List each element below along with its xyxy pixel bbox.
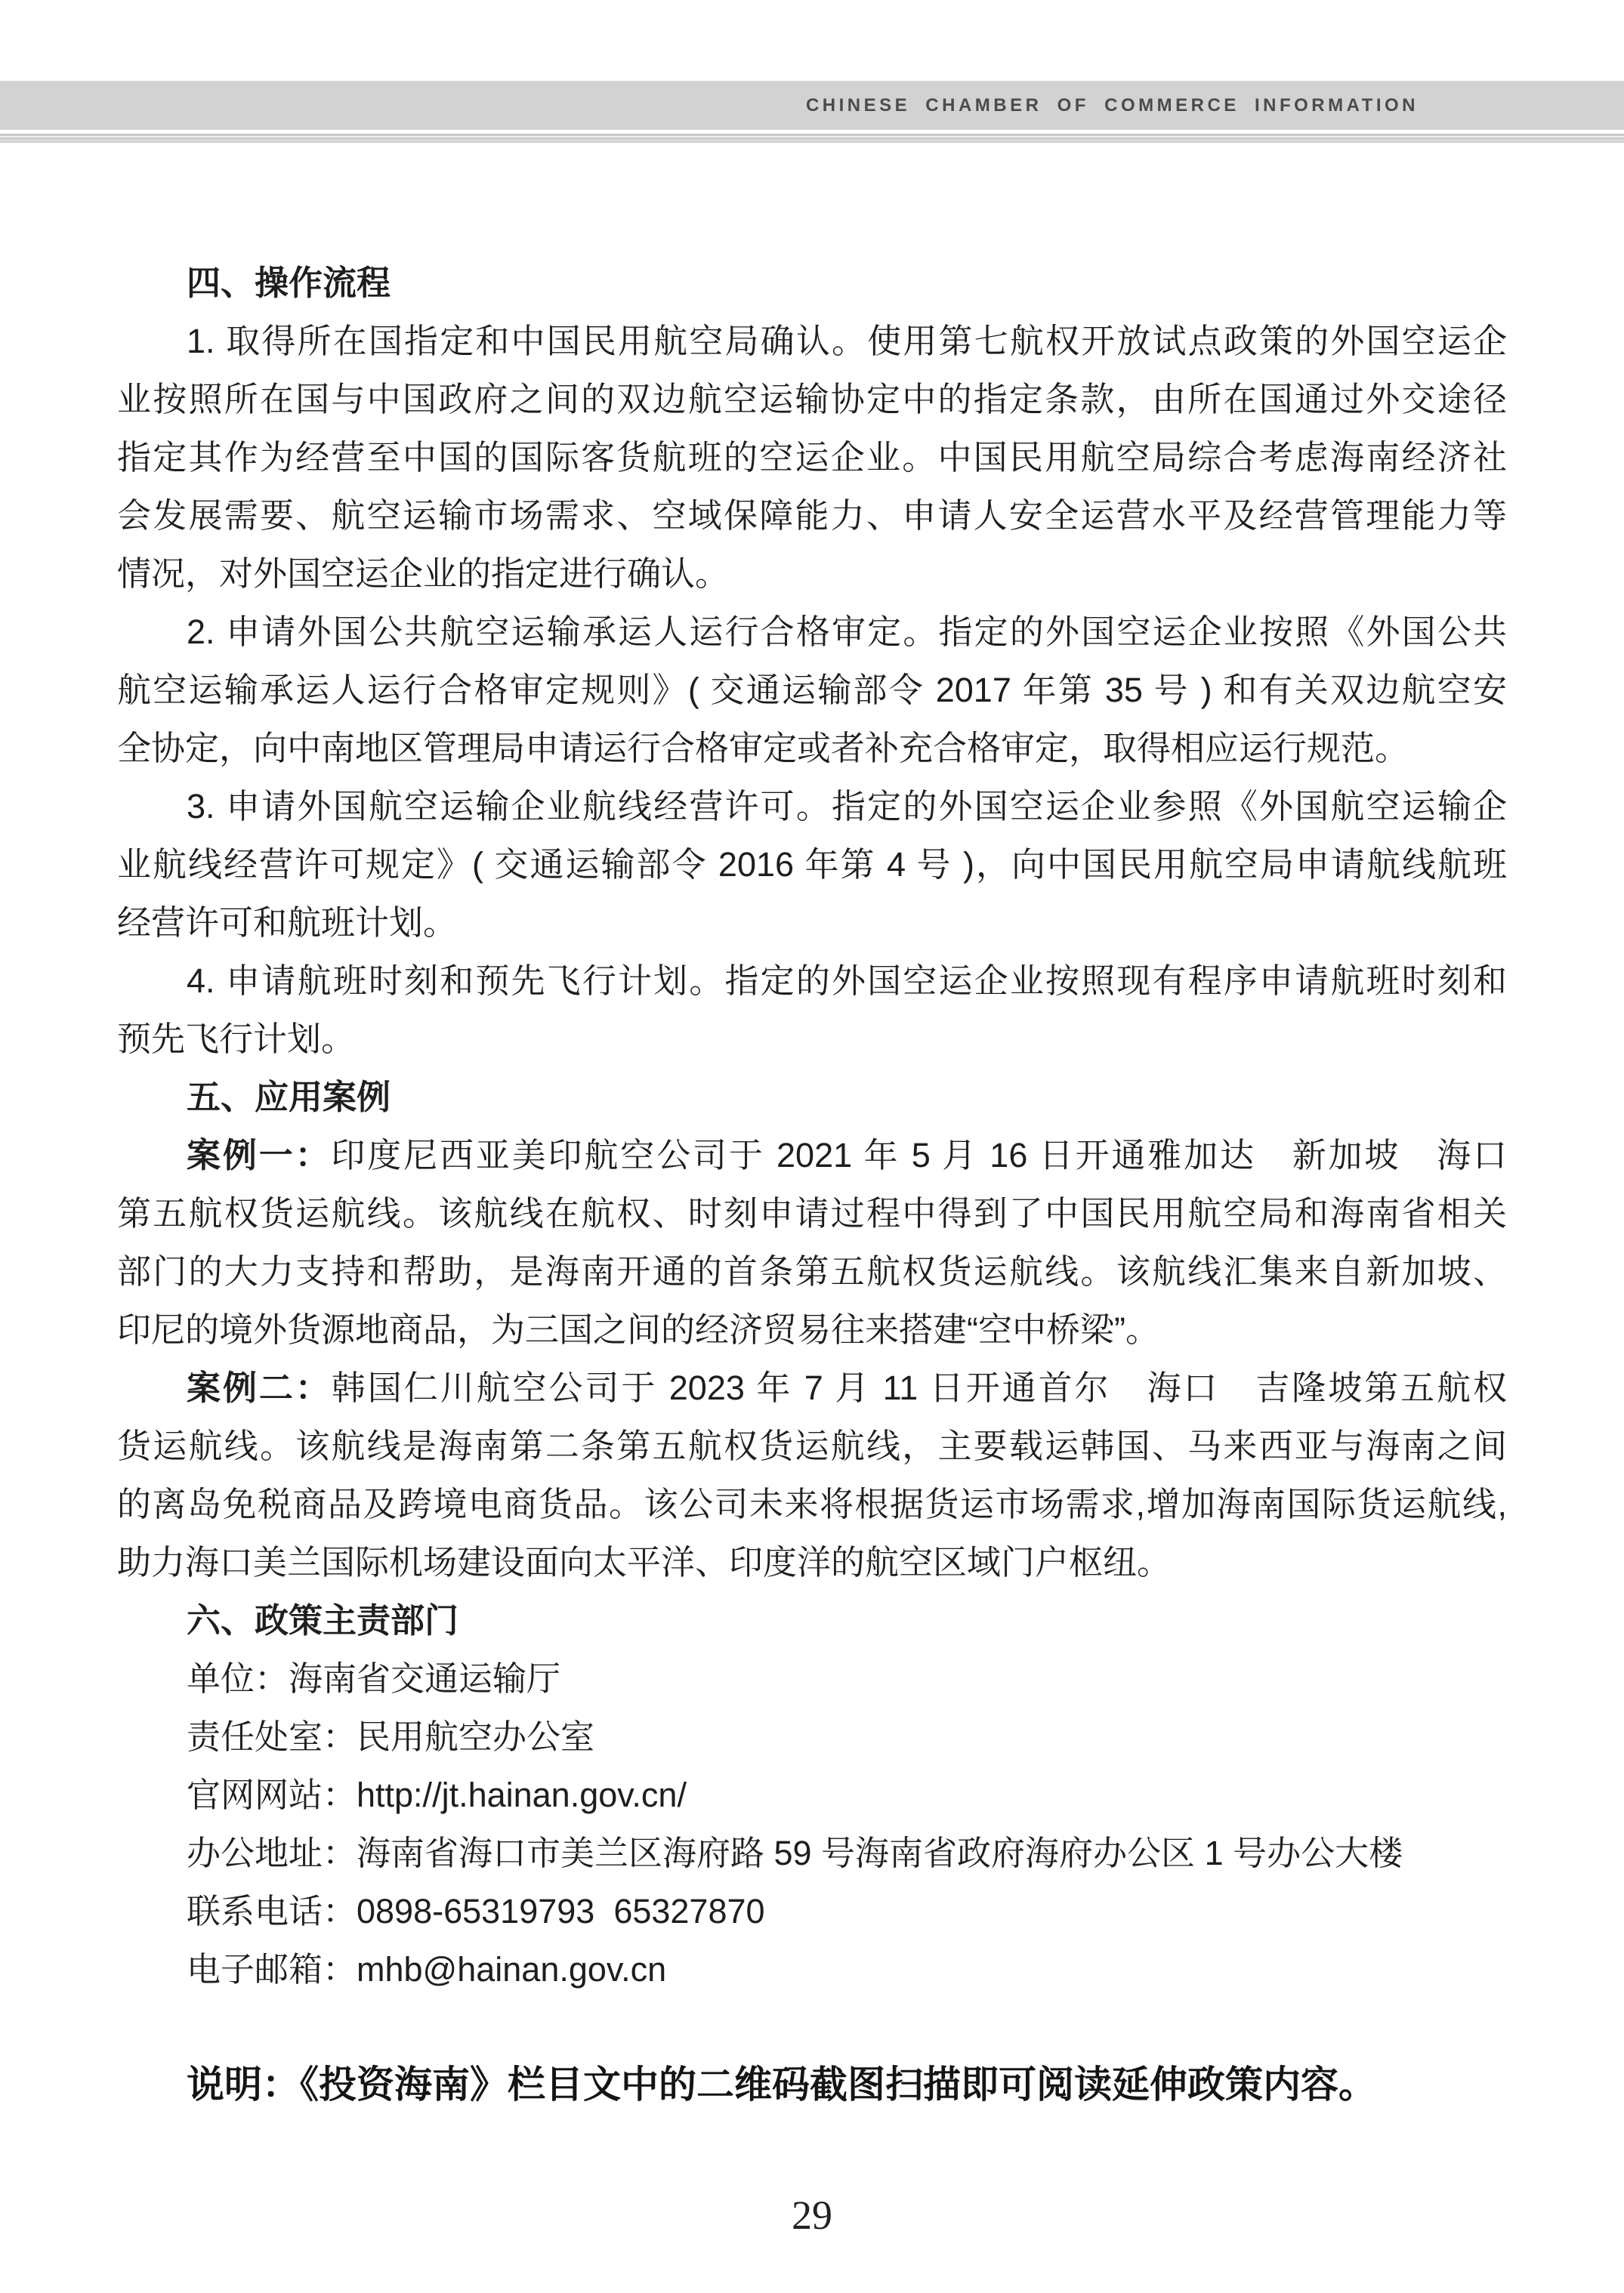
header-banner-text: CHINESE CHAMBER OF COMMERCE INFORMATION: [0, 81, 1624, 130]
text-line: 3. 申请外国航空运输企业航线经营许可。指定的外国空运企业参照《外国航空运输企: [117, 777, 1507, 835]
document-body: 四、操作流程 1. 取得所在国指定和中国民用航空局确认。使用第七航权开放试点政策…: [117, 254, 1507, 1998]
case1-label: 案例一：: [187, 1136, 331, 1174]
case2-text: 韩国仁川航空公司于 2023 年 7 月 11 日开通首尔 海口 吉隆坡第五航权: [332, 1369, 1507, 1407]
text-line: 部门的大力支持和帮助，是海南开通的首条第五航权货运航线。该航线汇集来自新加坡、: [117, 1242, 1507, 1301]
case2-label: 案例二：: [187, 1369, 332, 1407]
text-line: 2. 申请外国公共航空运输承运人运行合格审定。指定的外国空运企业按照《外国公共: [117, 603, 1507, 661]
text-line: 助力海口美兰国际机场建设面向太平洋、印度洋的航空区域门户枢纽。: [117, 1533, 1507, 1591]
text-line: 4. 申请航班时刻和预先飞行计划。指定的外国空运企业按照现有程序申请航班时刻和: [117, 952, 1507, 1010]
contact-line-unit: 单位：海南省交通运输厅: [117, 1650, 1507, 1708]
text-line: 案例二：韩国仁川航空公司于 2023 年 7 月 11 日开通首尔 海口 吉隆坡…: [117, 1359, 1507, 1417]
document-page: CHINESE CHAMBER OF COMMERCE INFORMATION …: [0, 0, 1624, 2293]
text-line: 1. 取得所在国指定和中国民用航空局确认。使用第七航权开放试点政策的外国空运企: [117, 312, 1507, 370]
section-heading-6: 六、政策主责部门: [117, 1591, 1507, 1650]
text-line: 指定其作为经营至中国的国际客货航班的空运企业。中国民用航空局综合考虑海南经济社: [117, 428, 1507, 486]
header-band: CHINESE CHAMBER OF COMMERCE INFORMATION: [0, 81, 1624, 130]
contact-line-website: 官网网站：http://jt.hainan.gov.cn/: [117, 1766, 1507, 1824]
text-line: 航空运输承运人运行合格审定规则》( 交通运输部令 2017 年第 35 号 ) …: [117, 661, 1507, 719]
section-heading-5: 五、应用案例: [117, 1068, 1507, 1126]
text-line: 印尼的境外货源地商品，为三国之间的经济贸易往来搭建“空中桥梁”。: [117, 1301, 1507, 1359]
text-line: 业航线经营许可规定》( 交通运输部令 2016 年第 4 号 )，向中国民用航空…: [117, 835, 1507, 893]
text-line: 会发展需要、航空运输市场需求、空域保障能力、申请人安全运营水平及经营管理能力等: [117, 486, 1507, 545]
text-line: 情况，对外国空运企业的指定进行确认。: [117, 545, 1507, 603]
page-number: 29: [0, 2192, 1624, 2239]
text-line: 全协定，向中南地区管理局申请运行合格审定或者补充合格审定，取得相应运行规范。: [117, 719, 1507, 777]
text-line: 经营许可和航班计划。: [117, 893, 1507, 952]
contact-line-phone: 联系电话：0898-65319793 65327870: [117, 1882, 1507, 1940]
case1-text: 印度尼西亚美印航空公司于 2021 年 5 月 16 日开通雅加达 新加坡 海口: [331, 1136, 1507, 1174]
text-line: 货运航线。该航线是海南第二条第五航权货运航线，主要载运韩国、马来西亚与海南之间: [117, 1417, 1507, 1475]
header-divider-rule: [0, 134, 1624, 143]
text-line: 第五航权货运航线。该航线在航权、时刻申请过程中得到了中国民用航空局和海南省相关: [117, 1184, 1507, 1242]
text-line: 预先飞行计划。: [117, 1010, 1507, 1068]
contact-line-address: 办公地址：海南省海口市美兰区海府路 59 号海南省政府海府办公区 1 号办公大楼: [117, 1824, 1507, 1882]
section-heading-4: 四、操作流程: [117, 254, 1507, 312]
note-line: 说明：《投资海南》栏目文中的二维码截图扫描即可阅读延伸政策内容。: [117, 2056, 1507, 2114]
text-line: 的离岛免税商品及跨境电商货品。该公司未来将根据货运市场需求,增加海南国际货运航线…: [117, 1475, 1507, 1533]
contact-line-email: 电子邮箱：mhb@hainan.gov.cn: [117, 1940, 1507, 1998]
contact-line-office: 责任处室：民用航空办公室: [117, 1708, 1507, 1766]
text-line: 业按照所在国与中国政府之间的双边航空运输协定中的指定条款，由所在国通过外交途径: [117, 370, 1507, 428]
text-line: 案例一：印度尼西亚美印航空公司于 2021 年 5 月 16 日开通雅加达 新加…: [117, 1126, 1507, 1184]
